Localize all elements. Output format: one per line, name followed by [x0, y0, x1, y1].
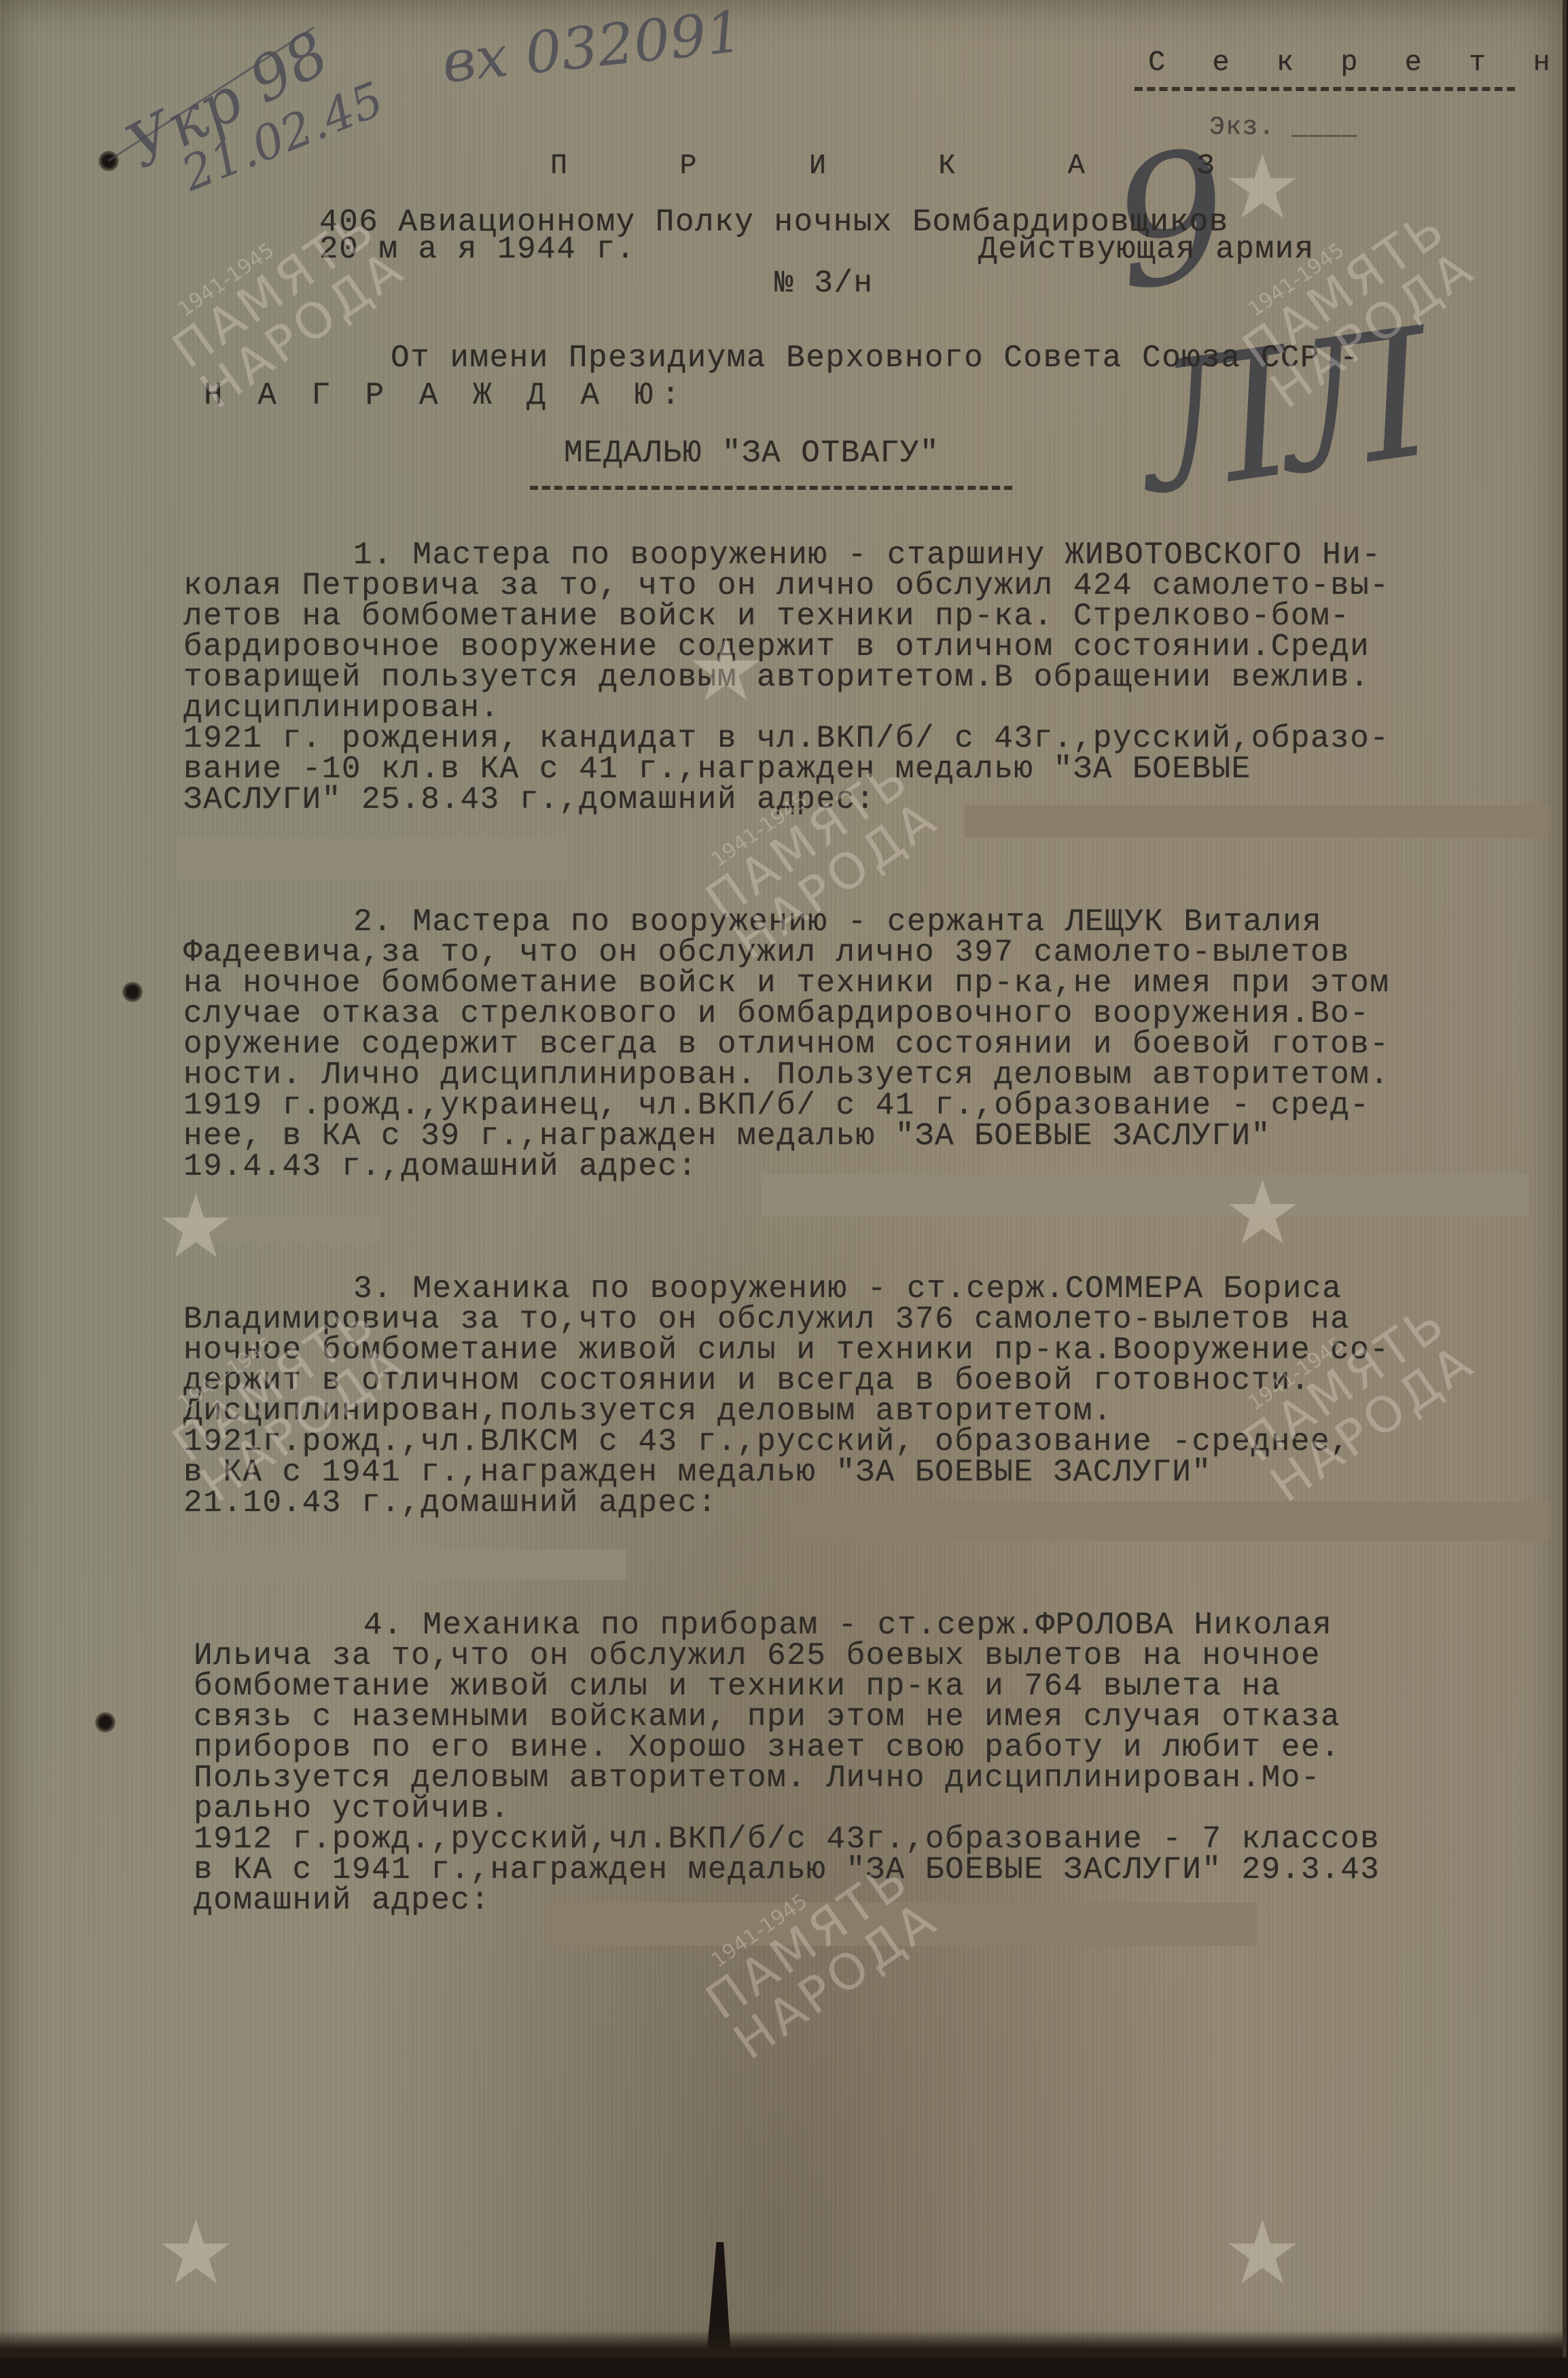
preamble: От имени Президиума Верховного Совета Со…: [391, 343, 1359, 374]
entry-line: приборов по его вине. Хорошо знает свою …: [194, 1733, 1380, 1763]
redacted-address-3a: [791, 1502, 1549, 1541]
entry-line: 2. Мастера по вооружению - сержанта ЛЕЩУ…: [183, 907, 1389, 938]
entry-line: 1919 г.рожд.,украинец, чл.ВКП/б/ с 41 г.…: [183, 1090, 1389, 1121]
entry-line: колая Петровича за то, что он лично обсл…: [183, 571, 1389, 601]
punch-hole-middle: [122, 982, 143, 1002]
entry-line: ночное бомбометание живой силы и техники…: [183, 1335, 1389, 1366]
award-entry-3: 3. Механика по вооружению - ст.серж.СОММ…: [183, 1274, 1389, 1519]
redacted-address-3b: [178, 1549, 626, 1580]
entry-line: случае отказа стрелкового и бомбардирово…: [183, 999, 1389, 1029]
entry-line: 3. Механика по вооружению - ст.серж.СОММ…: [183, 1274, 1389, 1305]
entry-line: вание -10 кл.в КА с 41 г.,награжден меда…: [183, 754, 1389, 785]
paper-bottom-edge: [0, 2330, 1563, 2358]
entry-line: нее, в КА с 39 г.,награжден медалью "ЗА …: [183, 1121, 1389, 1152]
redacted-address-1b: [178, 837, 565, 879]
entry-line: 1912 г.рожд.,русский,чл.ВКП/б/с 43г.,обр…: [194, 1824, 1380, 1855]
award-entry-1: 1. Мастера по вооружению - старшину ЖИВО…: [183, 540, 1389, 815]
medal-heading: МЕДАЛЬЮ "ЗА ОТВАГУ": [564, 438, 940, 469]
entry-line: 1921г.рожд.,чл.ВЛКСМ с 43 г.,русский, об…: [183, 1427, 1389, 1457]
order-number: № 3/н: [774, 268, 874, 299]
entry-line: 4. Механика по приборам - ст.серж.ФРОЛОВ…: [194, 1610, 1380, 1641]
entry-line: ности. Лично дисциплинирован. Пользуется…: [183, 1060, 1389, 1090]
entry-line: держит в отличном состоянии и всегда в б…: [183, 1366, 1389, 1396]
entry-line: дисциплинирован.: [183, 693, 1389, 724]
medal-heading-underline: [530, 486, 1012, 490]
classification-underline: [1135, 87, 1515, 91]
entry-line: связь с наземными войсками, при этом не …: [194, 1702, 1380, 1733]
classification-stamp: С е к р е т н о.: [1148, 48, 1568, 78]
redacted-address-4: [550, 1902, 1257, 1946]
entry-line: в КА с 1941 г.,награжден медалью "ЗА БОЕ…: [194, 1855, 1380, 1885]
entry-line: на ночное бомбометание войск и техники п…: [183, 968, 1389, 999]
redacted-address-2a: [761, 1174, 1529, 1216]
copy-number: Экз. ____: [1209, 112, 1358, 143]
star-icon: ★: [1223, 2208, 1302, 2296]
entry-line: Фадеевича,за то, что он обслужил лично 3…: [183, 938, 1389, 968]
entry-line: товарищей пользуется деловым авторитетом…: [183, 662, 1389, 693]
entry-line: Владимировича за то,что он обслужил 376 …: [183, 1305, 1389, 1335]
document-page: вх 032091 Укр 98 21.02.45 9 ЛЛ С е к р е…: [0, 0, 1567, 2358]
document-title: П Р И К А З: [550, 151, 1262, 181]
award-entry-2: 2. Мастера по вооружению - сержанта ЛЕЩУ…: [183, 907, 1389, 1182]
entry-line: Ильича за то,что он обслужил 625 боевых …: [194, 1641, 1380, 1671]
entry-line: 1921 г. рождения, кандидат в чл.ВКП/б/ с…: [183, 724, 1389, 754]
awards-verb: Н А Г Р А Ж Д А Ю:: [204, 380, 688, 411]
entry-line: 1. Мастера по вооружению - старшину ЖИВО…: [183, 540, 1389, 571]
header-place: Действующая армия: [978, 234, 1315, 265]
redacted-address-2b: [178, 1216, 382, 1243]
entry-line: Дисциплинирован,пользуется деловым автор…: [183, 1396, 1389, 1427]
redacted-address-1a: [965, 805, 1549, 838]
handwritten-archive-number: вх 032091: [439, 0, 745, 96]
entry-line: в КА с 1941 г.,награжден медалью "ЗА БОЕ…: [183, 1457, 1389, 1488]
punch-hole-lower: [95, 1712, 115, 1733]
header-date: 20 м а я 1944 г.: [319, 234, 636, 265]
entry-line: оружение содержит всегда в отличном сост…: [183, 1029, 1389, 1060]
entry-line: Пользуется деловым авторитетом. Лично ди…: [194, 1763, 1380, 1794]
star-icon: ★: [156, 2208, 236, 2296]
entry-line: бардировочное вооружение содержит в отли…: [183, 632, 1389, 662]
entry-line: летов на бомбометание войск и техники пр…: [183, 601, 1389, 632]
entry-line: бомбометание живой силы и техники пр-ка …: [194, 1671, 1380, 1702]
entry-line: рально устойчив.: [194, 1794, 1380, 1824]
award-entry-4: 4. Механика по приборам - ст.серж.ФРОЛОВ…: [194, 1610, 1380, 1916]
